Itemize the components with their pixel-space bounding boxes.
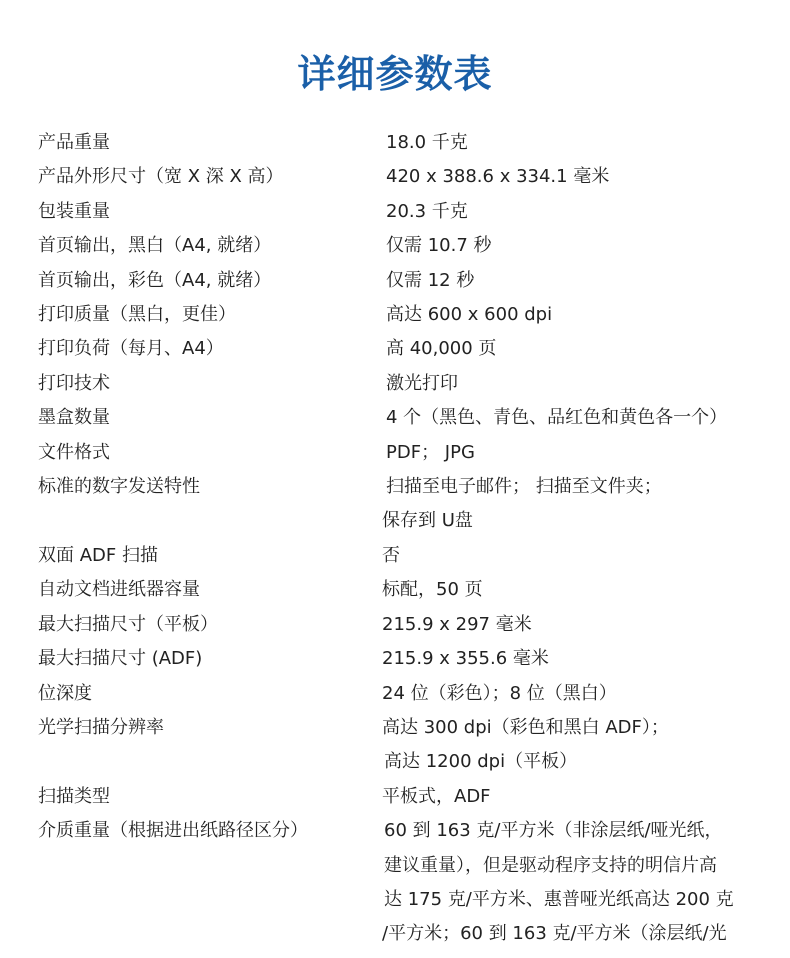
spec-label: 首页输出，黑白（A4, 就绪） (38, 229, 271, 263)
spec-value-line: 高 40,000 页 (386, 332, 786, 366)
spec-value-line: 否 (382, 539, 782, 573)
spec-label: 产品外形尺寸（宽 X 深 X 高） (38, 160, 284, 194)
spec-label: 标准的数字发送特性 (38, 470, 200, 504)
spec-value: 215.9 x 355.6 毫米 (382, 642, 782, 676)
spec-table: 产品重量 18.0 千克 产品外形尺寸（宽 X 深 X 高） 420 x 388… (0, 126, 790, 952)
spec-row-max-scan-flatbed: 最大扫描尺寸（平板） 215.9 x 297 毫米 (0, 608, 790, 642)
spec-value: 扫描至电子邮件； 扫描至文件夹； 保存到 U盘 (386, 470, 786, 539)
spec-value-line: 高达 600 x 600 dpi (386, 298, 786, 332)
spec-value: 420 x 388.6 x 334.1 毫米 (386, 160, 786, 194)
spec-label: 墨盒数量 (38, 401, 110, 435)
spec-value: 标配，50 页 (382, 573, 782, 607)
spec-row-dimensions: 产品外形尺寸（宽 X 深 X 高） 420 x 388.6 x 334.1 毫米 (0, 160, 790, 194)
spec-label: 自动文档进纸器容量 (38, 573, 200, 607)
spec-value-line: 平板式，ADF (382, 780, 782, 814)
spec-value: PDF； JPG (386, 436, 786, 470)
spec-label: 产品重量 (38, 126, 110, 160)
spec-value-line: 保存到 U盘 (382, 504, 786, 538)
spec-row-max-scan-adf: 最大扫描尺寸 (ADF) 215.9 x 355.6 毫米 (0, 642, 790, 676)
spec-value: 4 个（黑色、青色、品红色和黄色各一个） (386, 401, 786, 435)
spec-label: 文件格式 (38, 436, 110, 470)
spec-row-file-format: 文件格式 PDF； JPG (0, 436, 790, 470)
spec-row-first-page-color: 首页输出，彩色（A4, 就绪） 仅需 12 秒 (0, 264, 790, 298)
spec-value: 60 到 163 克/平方米（非涂层纸/哑光纸， 建议重量），但是驱动程序支持的… (382, 814, 782, 952)
spec-value-line: 18.0 千克 (386, 126, 786, 160)
spec-value-line: 420 x 388.6 x 334.1 毫米 (386, 160, 786, 194)
spec-label: 包装重量 (38, 195, 110, 229)
spec-label: 光学扫描分辨率 (38, 711, 164, 745)
spec-value-line: 达 175 克/平方米、惠普哑光纸高达 200 克 (384, 883, 782, 917)
spec-row-cartridge-count: 墨盒数量 4 个（黑色、青色、品红色和黄色各一个） (0, 401, 790, 435)
spec-value: 高达 300 dpi（彩色和黑白 ADF）； 高达 1200 dpi（平板） (382, 711, 782, 780)
spec-value-line: 4 个（黑色、青色、品红色和黄色各一个） (386, 401, 786, 435)
spec-label: 介质重量（根据进出纸路径区分） (38, 814, 308, 848)
spec-value-line: 扫描至电子邮件； 扫描至文件夹； (386, 470, 786, 504)
spec-row-adf-capacity: 自动文档进纸器容量 标配，50 页 (0, 573, 790, 607)
spec-row-first-page-mono: 首页输出，黑白（A4, 就绪） 仅需 10.7 秒 (0, 229, 790, 263)
spec-label: 首页输出，彩色（A4, 就绪） (38, 264, 271, 298)
spec-row-package-weight: 包装重量 20.3 千克 (0, 195, 790, 229)
spec-value-line: 高达 1200 dpi（平板） (384, 745, 782, 779)
spec-label: 最大扫描尺寸 (ADF) (38, 642, 202, 676)
spec-row-optical-resolution: 光学扫描分辨率 高达 300 dpi（彩色和黑白 ADF）； 高达 1200 d… (0, 711, 790, 780)
spec-value-line: 建议重量），但是驱动程序支持的明信片高 (384, 849, 782, 883)
spec-value: 215.9 x 297 毫米 (382, 608, 782, 642)
spec-value-line: 20.3 千克 (386, 195, 786, 229)
spec-value: 平板式，ADF (382, 780, 782, 814)
page-title: 详细参数表 (0, 48, 790, 100)
spec-value: 仅需 12 秒 (386, 264, 786, 298)
spec-row-print-technology: 打印技术 激光打印 (0, 367, 790, 401)
spec-value: 否 (382, 539, 782, 573)
spec-label: 最大扫描尺寸（平板） (38, 608, 218, 642)
spec-label: 打印负荷（每月、A4） (38, 332, 224, 366)
spec-label: 打印技术 (38, 367, 110, 401)
spec-label: 扫描类型 (38, 780, 110, 814)
spec-value: 高 40,000 页 (386, 332, 786, 366)
spec-value-line: 标配，50 页 (382, 573, 782, 607)
spec-row-media-weight: 介质重量（根据进出纸路径区分） 60 到 163 克/平方米（非涂层纸/哑光纸，… (0, 814, 790, 952)
spec-row-product-weight: 产品重量 18.0 千克 (0, 126, 790, 160)
spec-value: 18.0 千克 (386, 126, 786, 160)
spec-value: 激光打印 (386, 367, 786, 401)
spec-value-line: 215.9 x 355.6 毫米 (382, 642, 782, 676)
spec-value: 仅需 10.7 秒 (386, 229, 786, 263)
spec-value: 24 位（彩色）；8 位（黑白） (382, 677, 782, 711)
spec-row-duplex-adf: 双面 ADF 扫描 否 (0, 539, 790, 573)
spec-value: 高达 600 x 600 dpi (386, 298, 786, 332)
spec-row-bit-depth: 位深度 24 位（彩色）；8 位（黑白） (0, 677, 790, 711)
spec-label: 打印质量（黑白，更佳） (38, 298, 236, 332)
spec-label: 双面 ADF 扫描 (38, 539, 158, 573)
spec-label: 位深度 (38, 677, 92, 711)
spec-row-digital-send: 标准的数字发送特性 扫描至电子邮件； 扫描至文件夹； 保存到 U盘 (0, 470, 790, 539)
spec-row-scan-type: 扫描类型 平板式，ADF (0, 780, 790, 814)
spec-value-line: /平方米；60 到 163 克/平方米（涂层纸/光 (382, 917, 782, 951)
spec-row-print-quality: 打印质量（黑白，更佳） 高达 600 x 600 dpi (0, 298, 790, 332)
spec-value-line: PDF； JPG (386, 436, 786, 470)
spec-value: 20.3 千克 (386, 195, 786, 229)
spec-row-duty-cycle: 打印负荷（每月、A4） 高 40,000 页 (0, 332, 790, 366)
spec-value-line: 仅需 12 秒 (386, 264, 786, 298)
spec-value-line: 24 位（彩色）；8 位（黑白） (382, 677, 782, 711)
spec-value-line: 仅需 10.7 秒 (386, 229, 786, 263)
spec-value-line: 高达 300 dpi（彩色和黑白 ADF）； (382, 711, 782, 745)
spec-value-line: 激光打印 (386, 367, 786, 401)
spec-value-line: 60 到 163 克/平方米（非涂层纸/哑光纸， (384, 814, 782, 848)
spec-value-line: 215.9 x 297 毫米 (382, 608, 782, 642)
